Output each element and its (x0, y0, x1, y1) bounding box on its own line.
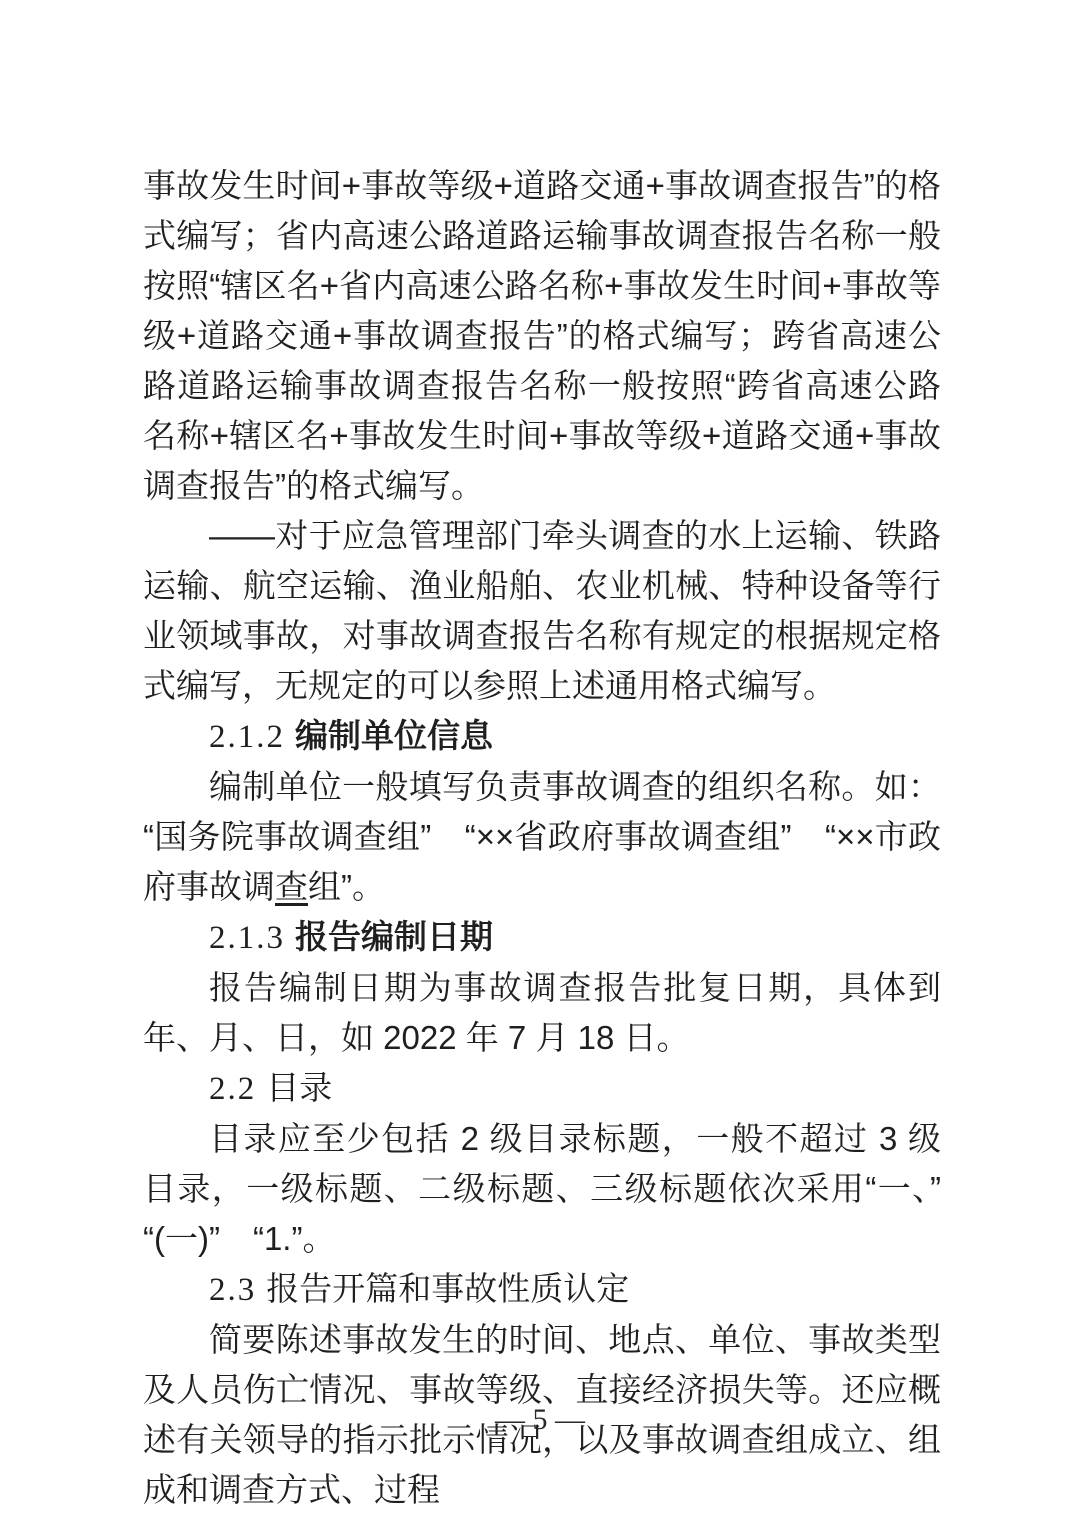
paragraph-report-name-formats: 事故发生时间+事故等级+道路交通+事故调查报告”的格式编写；省内高速公路道路运输… (143, 161, 941, 511)
section-title: 报告开篇和事故性质认定 (266, 1270, 629, 1307)
paragraph-toc-levels: 目录应至少包括 2 级目录标题，一般不超过 3 级目录，一级标题、二级标题、三级… (143, 1114, 941, 1264)
paragraph-emergency-dept-industries: ——对于应急管理部门牵头调查的水上运输、铁路运输、航空运输、渔业船舶、农业机械、… (143, 511, 941, 711)
section-number: 2.1.3 (209, 920, 295, 956)
section-heading-2-3: 2.3报告开篇和事故性质认定 (143, 1264, 941, 1315)
section-number: 2.2 (209, 1071, 266, 1107)
paragraph-text: 编制单位一般填写负责事故调查的组织名称。如：“国务院事故调查组” “××省政府事… (143, 768, 941, 905)
section-title: 编制单位信息 (295, 717, 493, 754)
section-number: 2.3 (209, 1272, 266, 1308)
section-title: 报告编制日期 (295, 918, 493, 955)
underlined-character: 查 (275, 868, 308, 905)
section-heading-2-2: 2.2目录 (143, 1063, 941, 1114)
paragraph-compiling-unit: 编制单位一般填写负责事故调查的组织名称。如：“国务院事故调查组” “××省政府事… (143, 762, 941, 912)
document-body: 事故发生时间+事故等级+道路交通+事故调查报告”的格式编写；省内高速公路道路运输… (143, 161, 941, 1515)
section-heading-2-1-3: 2.1.3报告编制日期 (143, 912, 941, 963)
document-page: 事故发生时间+事故等级+道路交通+事故调查报告”的格式编写；省内高速公路道路运输… (0, 0, 1080, 1527)
paragraph-report-date: 报告编制日期为事故调查报告批复日期，具体到年、月、日，如 2022 年 7 月 … (143, 963, 941, 1063)
paragraph-text: 组”。 (308, 868, 385, 905)
section-heading-2-1-2: 2.1.2编制单位信息 (143, 711, 941, 762)
section-number: 2.1.2 (209, 719, 295, 755)
section-title: 目录 (266, 1069, 332, 1106)
page-number: — 5 — (0, 1402, 1080, 1438)
